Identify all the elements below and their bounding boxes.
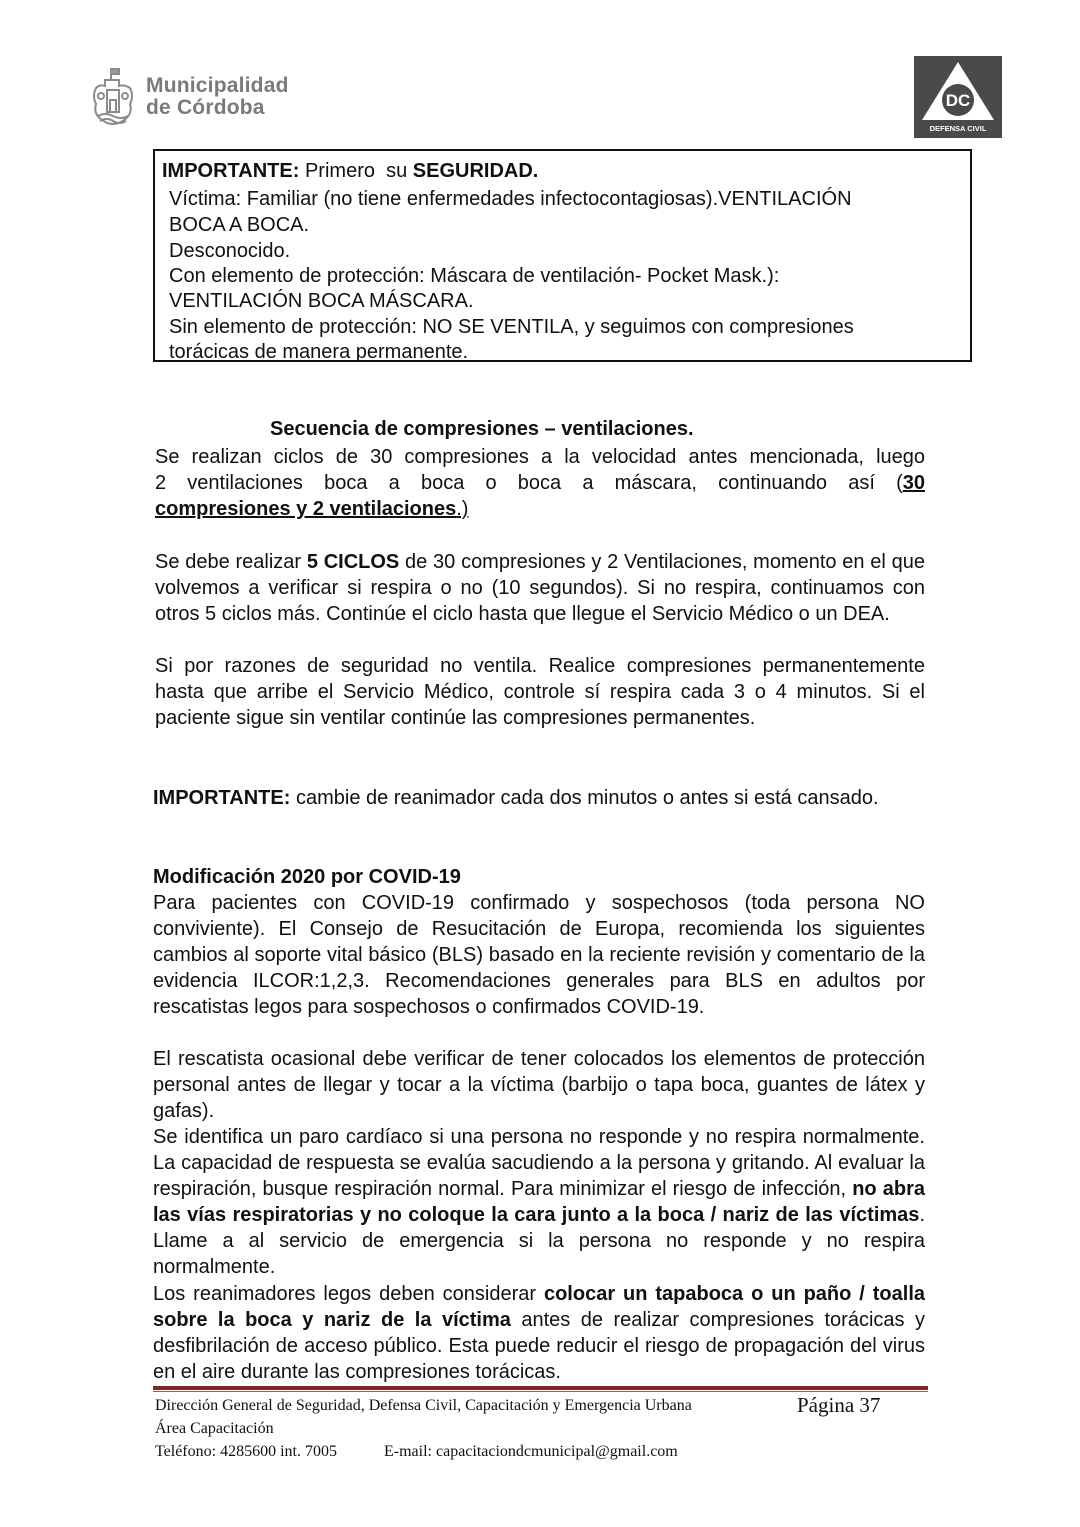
city-crest-icon <box>90 66 136 128</box>
page-number: Página 37 <box>797 1393 880 1418</box>
municipality-name-line2: de Córdoba <box>146 97 289 119</box>
covid-para1: Para pacientes con COVID-19 confirmado y… <box>153 890 925 1020</box>
municipality-logo: Municipalidad de Córdoba <box>90 66 289 128</box>
important-box: IMPORTANTE: Primero su SEGURIDAD. Víctim… <box>153 149 972 362</box>
sequence-para1-line1: Se realizan ciclos de 30 compresiones a … <box>155 444 925 470</box>
footer-phone: Teléfono: 4285600 int. 7005 <box>155 1442 337 1462</box>
municipality-name-line1: Municipalidad <box>146 75 289 97</box>
important-box-line: Con elemento de protección: Máscara de v… <box>169 265 779 288</box>
covid-para2: El rescatista ocasional debe verificar d… <box>153 1046 925 1124</box>
footer-rule <box>153 1386 928 1390</box>
svg-text:DEFENSA CIVIL: DEFENSA CIVIL <box>930 124 987 133</box>
defensa-civil-logo: DC DEFENSA CIVIL <box>914 56 1002 138</box>
footer-rule-thin <box>153 1391 928 1392</box>
covid-para3: Se identifica un paro cardíaco si una pe… <box>153 1124 925 1280</box>
covid-heading: Modificación 2020 por COVID-19 <box>153 864 461 890</box>
covid-para4: Los reanimadores legos deben considerar … <box>153 1281 925 1385</box>
important-box-line: torácicas de manera permanente. <box>169 341 468 364</box>
footer-email: E-mail: capacitaciondcmunicipal@gmail.co… <box>384 1442 678 1462</box>
sequence-para1-line3: compresiones y 2 ventilaciones.) <box>155 496 925 522</box>
important-box-title: IMPORTANTE: Primero su SEGURIDAD. <box>162 160 538 183</box>
important-box-line: BOCA A BOCA. <box>169 214 309 237</box>
important-box-line: Sin elemento de protección: NO SE VENTIL… <box>169 316 854 339</box>
sequence-heading: Secuencia de compresiones – ventilacione… <box>270 418 694 441</box>
footer-area: Área Capacitación <box>155 1419 274 1439</box>
sequence-para2: Se debe realizar 5 CICLOS de 30 compresi… <box>155 549 925 627</box>
important-box-line: VENTILACIÓN BOCA MÁSCARA. <box>169 290 474 313</box>
important-note: IMPORTANTE: cambie de reanimador cada do… <box>153 785 925 811</box>
svg-text:DC: DC <box>946 91 971 110</box>
important-box-line: Víctima: Familiar (no tiene enfermedades… <box>169 188 852 211</box>
footer-department: Dirección General de Seguridad, Defensa … <box>155 1396 692 1416</box>
sequence-para3: Si por razones de seguridad no ventila. … <box>155 653 925 731</box>
sequence-para1-line2: 2 ventilaciones boca a boca o boca a más… <box>155 470 925 496</box>
triangle-dc-icon: DC DEFENSA CIVIL <box>914 56 1002 138</box>
important-box-line: Desconocido. <box>169 240 290 263</box>
